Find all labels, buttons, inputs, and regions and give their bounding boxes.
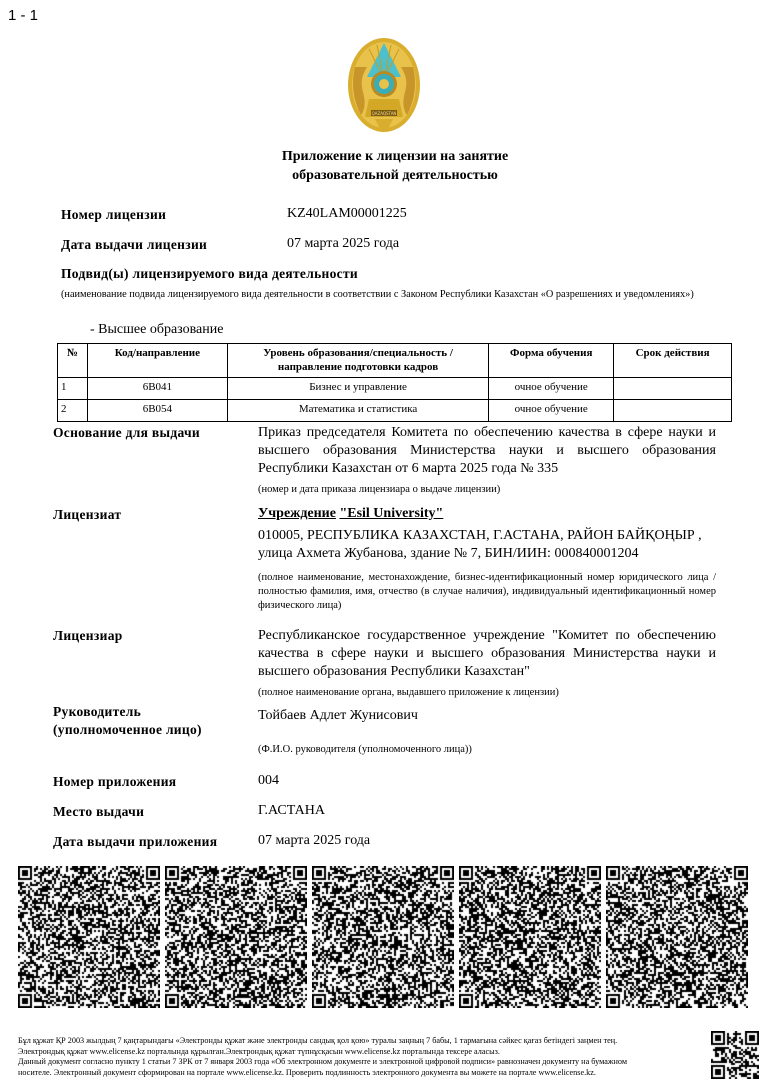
appendix-number-value: 004 <box>258 773 279 789</box>
legal-footer: Бұл құжат ҚР 2003 жылдың 7 қаңтарындағы … <box>18 1036 708 1078</box>
activity-subtype-label: Подвид(ы) лицензируемого вида деятельнос… <box>61 266 358 282</box>
appendix-date-label: Дата выдачи приложения <box>53 834 217 850</box>
licensee-address: 010005, РЕСПУБЛИКА КАЗАХСТАН, Г.АСТАНА, … <box>258 527 718 563</box>
col-specialty-header: Уровень образования/специальность / напр… <box>227 344 489 378</box>
head-note: (Ф.И.О. руководителя (уполномоченного ли… <box>258 743 472 757</box>
appendix-number-label: Номер приложения <box>53 774 176 790</box>
svg-text:QAZAQSTAN: QAZAQSTAN <box>372 111 397 116</box>
licensor-label: Лицензиар <box>53 628 123 644</box>
licensee-name: Учреждение "Esil University" <box>258 506 443 522</box>
basis-value: Приказ председателя Комитета по обеспече… <box>258 424 716 478</box>
table-header-row: № Код/направление Уровень образования/сп… <box>58 344 732 378</box>
verification-qr-code-icon <box>711 1031 759 1079</box>
qr-code-icon <box>606 866 748 1008</box>
activity-subtype-value: - Высшее образование <box>90 322 223 338</box>
page-number: 1 - 1 <box>8 7 38 24</box>
col-code-header: Код/направление <box>87 344 227 378</box>
licensee-label: Лицензиат <box>53 507 121 523</box>
issue-place-value: Г.АСТАНА <box>258 803 325 819</box>
document-title: Приложение к лицензии на занятие образов… <box>0 147 768 185</box>
license-date-label: Дата выдачи лицензии <box>61 237 207 253</box>
activity-subtype-note: (наименование подвида лицензируемого вид… <box>61 288 731 302</box>
programs-table: № Код/направление Уровень образования/сп… <box>57 343 732 422</box>
head-label: Руководитель (уполномоченное лицо) <box>53 703 202 739</box>
qr-code-icon <box>459 866 601 1008</box>
table-row: 2 6B054 Математика и статистика очное об… <box>58 400 732 422</box>
qr-code-icon <box>312 866 454 1008</box>
head-value: Тойбаев Адлет Жунисович <box>258 708 418 724</box>
qr-code-icon <box>18 866 160 1008</box>
licensor-note: (полное наименование органа, выдавшего п… <box>258 686 559 700</box>
license-number-value: KZ40LAM00001225 <box>287 206 407 222</box>
basis-label: Основание для выдачи <box>53 425 200 441</box>
kazakhstan-state-emblem-icon: QAZAQSTAN <box>347 37 421 134</box>
col-form-header: Форма обучения <box>489 344 614 378</box>
appendix-date-value: 07 марта 2025 года <box>258 833 370 849</box>
col-number-header: № <box>58 344 88 378</box>
licensor-value: Республиканское государственное учрежден… <box>258 627 716 681</box>
basis-note: (номер и дата приказа лицензиара о выдач… <box>258 483 500 497</box>
license-number-label: Номер лицензии <box>61 207 166 223</box>
col-validity-header: Срок действия <box>614 344 732 378</box>
qr-code-icon <box>165 866 307 1008</box>
license-date-value: 07 марта 2025 года <box>287 236 399 252</box>
licensee-note: (полное наименование, местонахождение, б… <box>258 571 716 613</box>
table-row: 1 6B041 Бизнес и управление очное обучен… <box>58 378 732 400</box>
issue-place-label: Место выдачи <box>53 804 144 820</box>
